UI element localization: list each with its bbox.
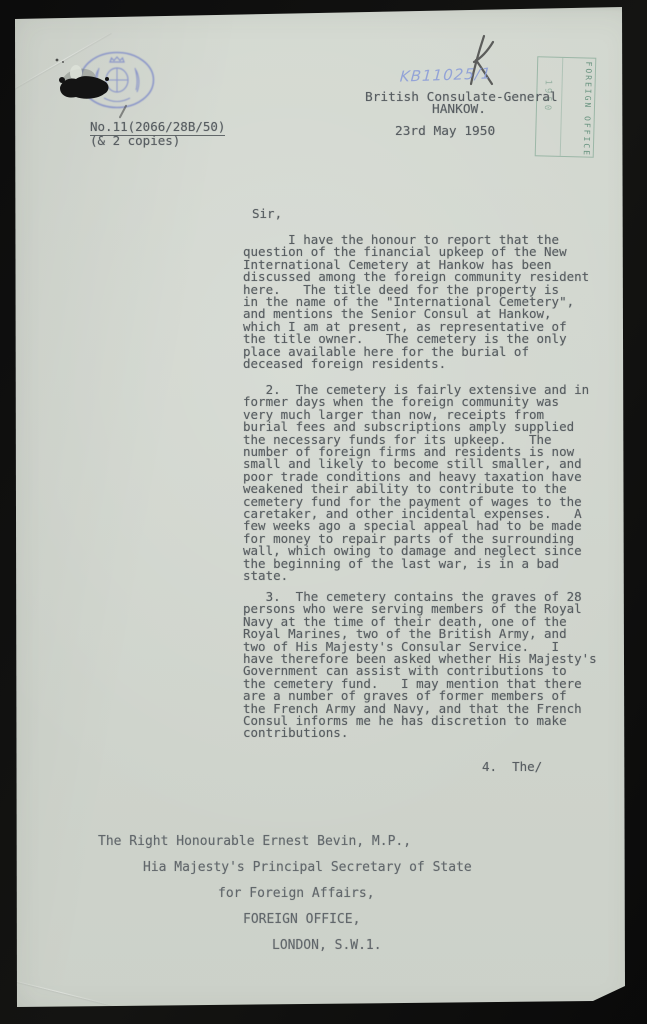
received-stamp-divider: [560, 58, 564, 156]
address-line-city: LONDON, S.W.1.: [272, 940, 382, 952]
copies-note: (& 2 copies): [90, 135, 180, 147]
body-paragraph-2: 2. The cemetery is fairly extensive and …: [243, 384, 589, 583]
salutation: Sir,: [252, 208, 282, 220]
address-line-recipient: The Right Honourable Ernest Bevin, M.P.,: [98, 836, 411, 848]
paper-stain: [180, 2, 228, 14]
received-stamp: FOREIGN OFFICE 1950: [535, 56, 597, 158]
ink-blot: [52, 58, 116, 106]
body-paragraph-3: 3. The cemetery contains the graves of 2…: [243, 591, 597, 740]
address-line-department: for Foreign Affairs,: [218, 888, 375, 900]
scanned-letter-page: No.11(2066/28B/50) (& 2 copies) KB11025/…: [0, 0, 647, 1024]
registry-number-annotation: KB11025/1: [399, 64, 492, 85]
body-paragraph-1: I have the honour to report that the que…: [243, 234, 589, 370]
paper-crease: [5, 978, 112, 1006]
letterhead-date: 23rd May 1950: [395, 126, 495, 138]
letterhead-city: HANKOW.: [432, 104, 486, 116]
address-line-title: Hia Majesty's Principal Secretary of Sta…: [143, 862, 472, 874]
page-catchword: 4. The/: [482, 761, 542, 773]
paper-sheet: No.11(2066/28B/50) (& 2 copies) KB11025/…: [0, 0, 647, 1024]
address-line-office: FOREIGN OFFICE,: [243, 914, 360, 926]
received-stamp-office-text: FOREIGN OFFICE: [582, 61, 593, 157]
file-reference: No.11(2066/28B/50): [90, 121, 225, 133]
